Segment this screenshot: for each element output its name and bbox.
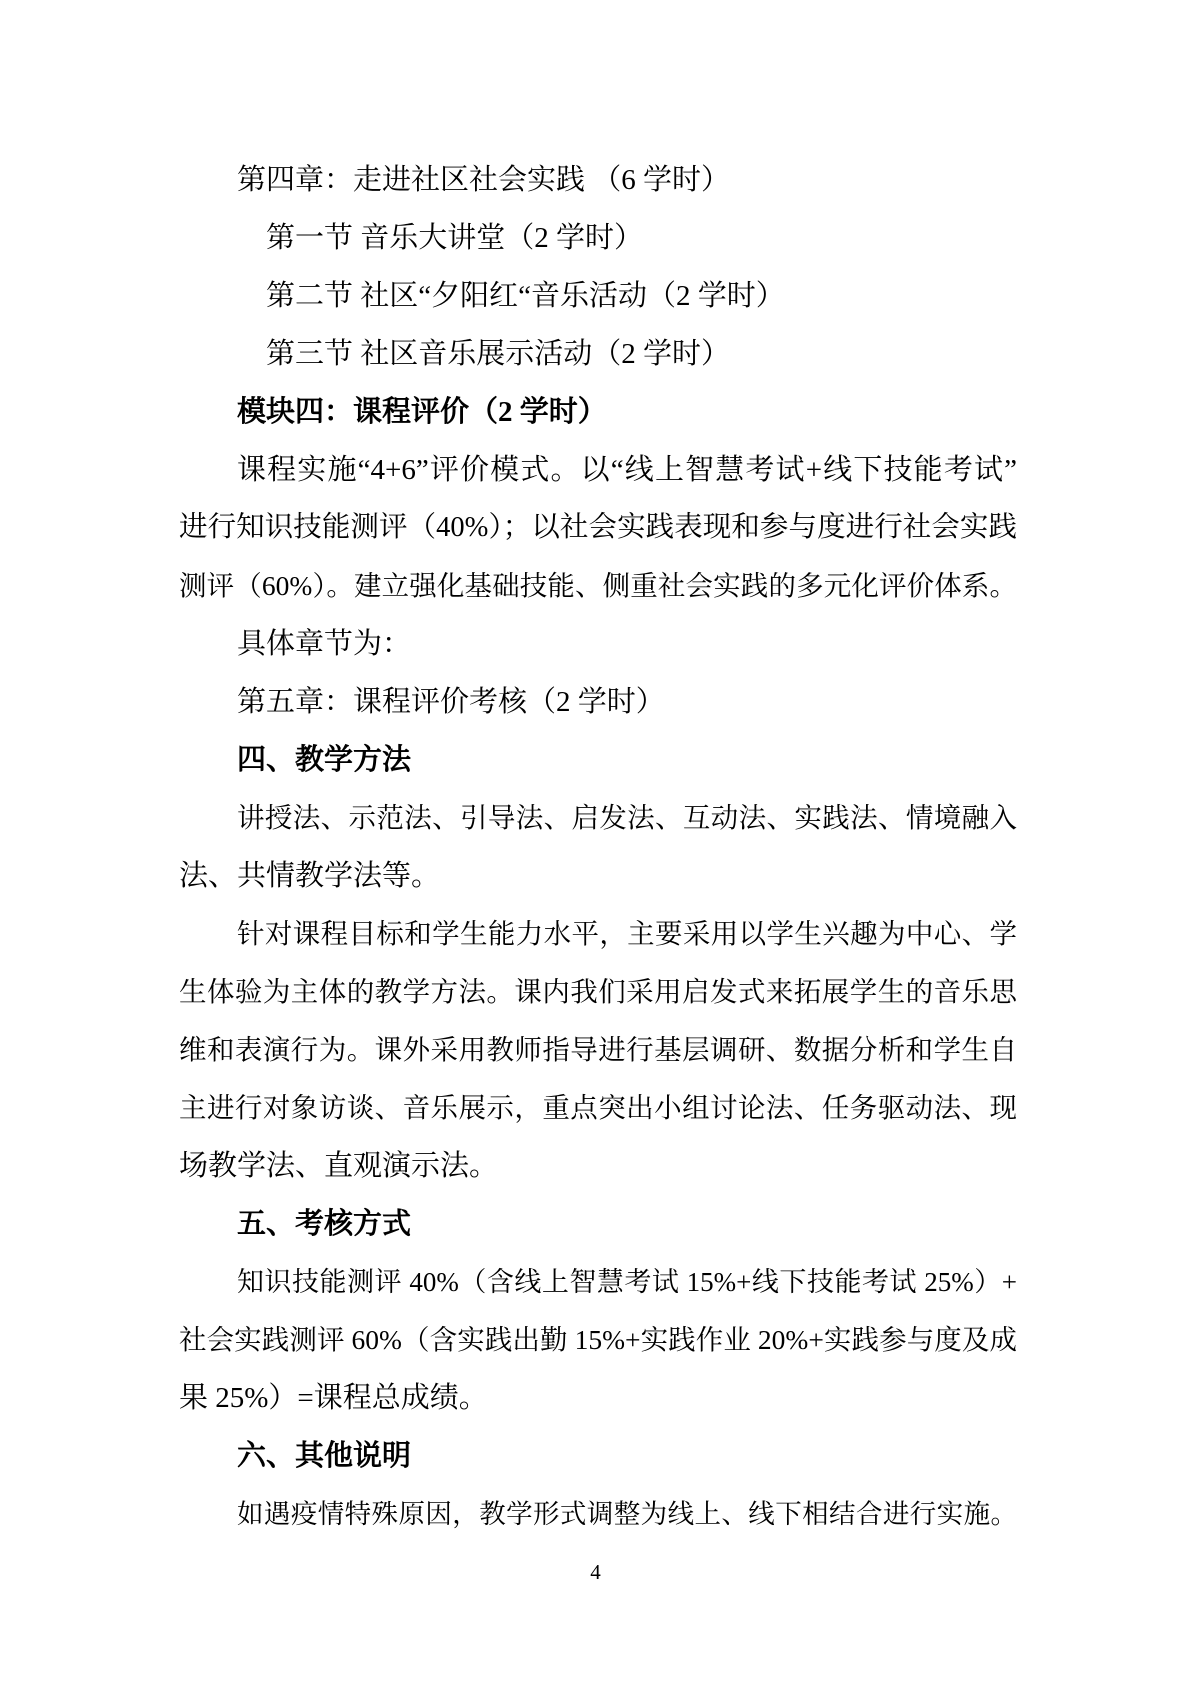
heading-teaching-methods: 四、教学方法: [179, 731, 1017, 789]
line-assessment-1: 知识技能测评 40%（含线上智慧考试 15%+线下技能考试 25%）+: [179, 1253, 1017, 1311]
line-chapter-list-intro: 具体章节为：: [179, 615, 1017, 673]
document-body: 第四章：走进社区社会实践 （6 学时） 第一节 音乐大讲堂（2 学时） 第二节 …: [179, 151, 1017, 1543]
line-teaching-methods-2: 法、共情教学法等。: [179, 847, 1017, 905]
heading-module4: 模块四：课程评价（2 学时）: [179, 383, 1017, 441]
line-teaching-strategy-5: 场教学法、直观演示法。: [179, 1137, 1017, 1195]
line-assessment-3: 果 25%）=课程总成绩。: [179, 1369, 1017, 1427]
line-teaching-strategy-4: 主进行对象访谈、音乐展示，重点突出小组讨论法、任务驱动法、现: [179, 1079, 1017, 1137]
heading-other-notes: 六、其他说明: [179, 1427, 1017, 1485]
document-page: 第四章：走进社区社会实践 （6 学时） 第一节 音乐大讲堂（2 学时） 第二节 …: [0, 0, 1191, 1684]
line-chapter4-section2: 第二节 社区“夕阳红“音乐活动（2 学时）: [179, 267, 1017, 325]
page-number: 4: [0, 1558, 1191, 1586]
heading-assessment: 五、考核方式: [179, 1195, 1017, 1253]
line-teaching-strategy-2: 生体验为主体的教学方法。课内我们采用启发式来拓展学生的音乐思: [179, 963, 1017, 1021]
line-chapter4-section3: 第三节 社区音乐展示活动（2 学时）: [179, 325, 1017, 383]
line-module4-para-1: 课程实施“4+6”评价模式。以“线上智慧考试+线下技能考试”: [179, 441, 1017, 499]
line-module4-para-3: 测评（60%）。建立强化基础技能、侧重社会实践的多元化评价体系。: [179, 557, 1017, 615]
line-chapter5-title: 第五章：课程评价考核（2 学时）: [179, 673, 1017, 731]
line-teaching-strategy-3: 维和表演行为。课外采用教师指导进行基层调研、数据分析和学生自: [179, 1021, 1017, 1079]
line-assessment-2: 社会实践测评 60%（含实践出勤 15%+实践作业 20%+实践参与度及成: [179, 1311, 1017, 1369]
line-chapter4-section1: 第一节 音乐大讲堂（2 学时）: [179, 209, 1017, 267]
line-other-notes-1: 如遇疫情特殊原因，教学形式调整为线上、线下相结合进行实施。: [179, 1485, 1017, 1543]
line-teaching-strategy-1: 针对课程目标和学生能力水平，主要采用以学生兴趣为中心、学: [179, 905, 1017, 963]
line-chapter4-title: 第四章：走进社区社会实践 （6 学时）: [179, 151, 1017, 209]
line-teaching-methods-1: 讲授法、示范法、引导法、启发法、互动法、实践法、情境融入: [179, 789, 1017, 847]
line-module4-para-2: 进行知识技能测评（40%）；以社会实践表现和参与度进行社会实践: [179, 499, 1017, 557]
